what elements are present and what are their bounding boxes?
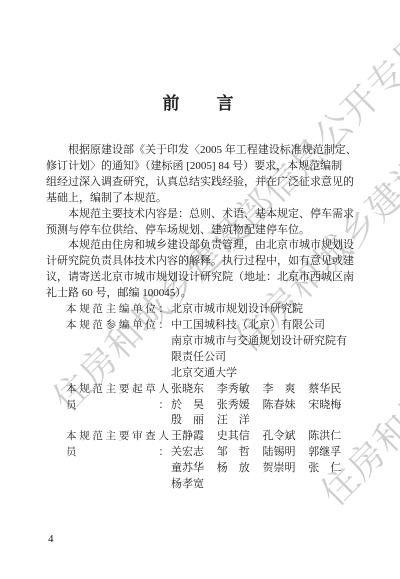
page-number: 4 (48, 533, 54, 545)
reviewer-name: 史其信 (217, 429, 250, 445)
document-body: 前 言 根据原建设部《关于印发〈2005 年工程建设标准规范制定、 修订计划〉的… (46, 0, 350, 493)
document-page: 住房和城乡建设部信息公开专用 住房和城乡建设部信息公开专用 住房和城乡建设部信息… (0, 0, 400, 579)
reviewer-name: 贺崇明 (263, 461, 296, 477)
reviewer-name: 邹 哲 (217, 445, 250, 461)
drafter-name: 张秀媛 (217, 398, 250, 414)
credit-label: 本规范参编单位： (66, 318, 169, 334)
paragraph-line: 计研究院负责具体技术内容的解释。执行过程中，如有意见或建 (46, 254, 350, 270)
reviewer-name: 关宏志 (171, 445, 204, 461)
credit-value: 北京市城市规划设计研究院 (171, 302, 350, 318)
credit-label: 本规范主要起草人员： (66, 382, 169, 414)
paragraph-line: 议，请寄送北京市城市规划设计研究院（地址：北京市西城区南 (46, 270, 350, 286)
preface-paragraph-2: 本规范主要技术内容是：总则、术语、基本规定、停车需求 预测与停车位供给、停车场规… (46, 207, 350, 239)
drafter-name: 李秀敏 (217, 382, 250, 398)
reviewer-name: 陆锡明 (263, 445, 296, 461)
credit-value: 南京市城市与交通规划设计研究院有限责任公司 (171, 334, 350, 366)
credit-row-participating-units: 本规范参编单位： 中工国城科技（北京）有限公司 南京市城市与交通规划设计研究院有… (66, 318, 350, 382)
drafter-name: 陈春妹 (263, 398, 296, 414)
reviewer-name: 杨孝宽 (171, 477, 204, 493)
reviewer-name: 王静霞 (171, 429, 204, 445)
drafter-name: 汪 洋 (217, 413, 250, 429)
page-title: 前 言 (46, 0, 350, 114)
drafter-name: 殷 丽 (171, 413, 204, 429)
drafter-name-row: 张晓东 李秀敏 李 爽 蔡华民 (171, 382, 350, 398)
paragraph-line: 礼士路 60 号，邮编 100045）。 (46, 286, 350, 302)
drafter-name: 宋晓梅 (308, 398, 341, 414)
credit-row-main-reviewers: 本规范主要审查人员： 王静霞 史其信 孔令斌 陈洪仁 关宏志 邹 哲 陆锡明 郭… (66, 429, 350, 493)
paragraph-line: 根据原建设部《关于印发〈2005 年工程建设标准规范制定、 (46, 143, 350, 159)
reviewer-name: 童苏华 (171, 461, 204, 477)
drafter-name: 张晓东 (171, 382, 204, 398)
paragraph-line: 修订计划〉的通知》（建标函 [2005] 84 号）要求，本规范编制 (46, 159, 350, 175)
reviewer-name: 张 仁 (308, 461, 341, 477)
drafter-name-row: 於 昊 张秀媛 陈春妹 宋晓梅 (171, 398, 350, 414)
paragraph-line: 基础上，编制了本规范。 (46, 191, 350, 207)
credits-section: 本规范主编单位： 北京市城市规划设计研究院 本规范参编单位： 中工国城科技（北京… (66, 302, 350, 493)
credit-row-main-drafters: 本规范主要起草人员： 张晓东 李秀敏 李 爽 蔡华民 於 昊 张秀媛 陈春妹 宋… (66, 382, 350, 430)
paragraph-line: 预测与停车位供给、停车场规划、建筑物配建停车位。 (46, 223, 350, 239)
reviewer-name-row: 杨孝宽 (171, 477, 350, 493)
reviewer-name-row: 童苏华 杨 放 贺崇明 张 仁 (171, 461, 350, 477)
reviewer-name: 郭继孚 (308, 445, 341, 461)
preface-paragraph-3: 本规范由住房和城乡建设部负责管理，由北京市城市规划设 计研究院负责具体技术内容的… (46, 238, 350, 302)
credit-value: 中工国城科技（北京）有限公司 (171, 318, 350, 334)
drafter-name: 於 昊 (171, 398, 204, 414)
paragraph-line: 组经过深入调查研究，认真总结实践经验，并在广泛征求意见的 (46, 175, 350, 191)
preface-paragraph-1: 根据原建设部《关于印发〈2005 年工程建设标准规范制定、 修订计划〉的通知》（… (46, 143, 350, 207)
credit-value: 北京交通大学 (171, 366, 350, 382)
reviewer-name: 杨 放 (217, 461, 250, 477)
credit-label: 本规范主要审查人员： (66, 429, 169, 461)
paragraph-line: 本规范由住房和城乡建设部负责管理，由北京市城市规划设 (46, 238, 350, 254)
reviewer-name-row: 关宏志 邹 哲 陆锡明 郭继孚 (171, 445, 350, 461)
paragraph-line: 本规范主要技术内容是：总则、术语、基本规定、停车需求 (46, 207, 350, 223)
drafter-name: 蔡华民 (308, 382, 341, 398)
credit-label: 本规范主编单位： (66, 302, 169, 318)
reviewer-name: 陈洪仁 (308, 429, 341, 445)
reviewer-name: 孔令斌 (263, 429, 296, 445)
credit-row-chief-editing-unit: 本规范主编单位： 北京市城市规划设计研究院 (66, 302, 350, 318)
reviewer-name-row: 王静霞 史其信 孔令斌 陈洪仁 (171, 429, 350, 445)
drafter-name-row: 殷 丽 汪 洋 (171, 413, 350, 429)
drafter-name: 李 爽 (263, 382, 296, 398)
